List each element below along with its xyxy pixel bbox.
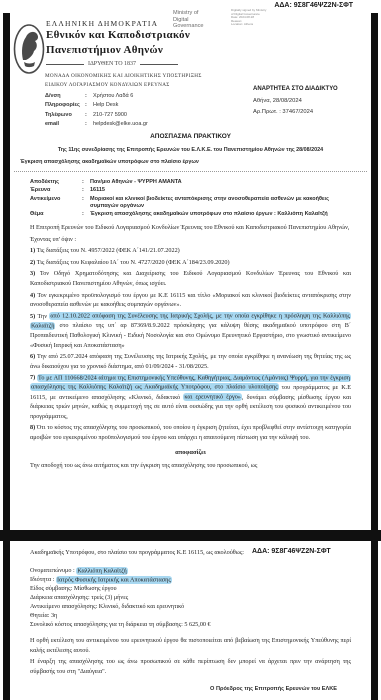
document-title: ΑΠΟΣΠΑΣΜΑ ΠΡΑΚΤΙΚΟΥ	[0, 133, 381, 140]
decision-line: Την αποδοχή του ως άνω αιτήματος και την…	[30, 461, 351, 471]
header-meta-block: ΑΝΑΡΤΗΤΕΑ ΣΤΟ ΔΙΑΔΙΚΤΥΟ Αθήνα, 28/08/202…	[253, 84, 338, 119]
field-recipient-value: Παν/μιο Αθηνών - ΨΥΡΡΗ ΑΜΑΝΤΑ	[90, 179, 351, 186]
university-emblem-icon	[12, 22, 46, 76]
detail-role: Ιδιότητα : Ιατρός Φυσικής Ιατρικής και Α…	[30, 575, 351, 584]
consideration-item-3: 3) Τον Οδηγό Χρηματοδότησης και Διαχείρι…	[30, 269, 351, 288]
field-object: Αντικείμενο : Μοριακοί και κλινικοί βιοδ…	[30, 196, 351, 210]
posting-notice: ΑΝΑΡΤΗΤΕΑ ΣΤΟ ΔΙΑΔΙΚΤΥΟ	[253, 84, 338, 96]
stamp-line: Digital	[173, 17, 203, 24]
closing-paragraph-2: Η έναρξη της απασχόλησης του ως άνω προσ…	[30, 657, 351, 676]
consideration-item-2: 2) Τις διατάξεις του Κεφαλαίου ΙΑ΄ του Ν…	[30, 258, 351, 268]
page2-first-line: Ακαδημαϊκής Υποτρόφου, στο πλαίσιο του π…	[30, 548, 351, 557]
founded-line: ΙΔΡΥΘΕΝ ΤΟ 1837	[46, 61, 178, 67]
contact-row-phone: Τηλέφωνο : 210-727 5900	[45, 111, 148, 120]
decision-word: αποφασίζει	[30, 449, 351, 456]
consideration-item-8: 8) Ότι το κόστος της απασχόλησης του προ…	[30, 423, 351, 442]
employment-details: Ονοματεπώνυμο : Καλλιόπη Καλαϊτζή Ιδιότη…	[30, 566, 351, 629]
ada-code-top: ΑΔΑ: 9Σ8Γ46ΨΖ2Ν-ΣΦΤ	[274, 2, 353, 9]
founded-label: ΙΔΡΥΘΕΝ ΤΟ 1837	[88, 61, 136, 67]
contact-block: Δ/νση : Χρήστου Λαδά 6 Πληροφορίες : Hel…	[45, 92, 148, 130]
scan-edge-left	[3, 13, 10, 700]
consideration-item-5: 5) Την από 12.10.2022 απόφαση της Συνέλε…	[30, 312, 351, 350]
field-topic-value: Έγκριση απασχόλησης ακαδημαϊκών υποτρόφω…	[90, 211, 351, 218]
consideration-item-6: 6) Την από 25.07.2024 απόφαση της Συνέλε…	[30, 352, 351, 371]
consideration-item-1: 1) Τις διατάξεις του Ν. 4957/2022 (ΦΕΚ Α…	[30, 246, 351, 256]
field-topic: Θέμα : Έγκριση απασχόλησης ακαδημαϊκών υ…	[30, 211, 351, 218]
contact-address-value: Χρήστου Λαδά 6	[93, 92, 133, 101]
contact-phone-value: 210-727 5900	[93, 111, 127, 120]
contact-row-info: Πληροφορίες : Help Desk	[45, 101, 148, 110]
page2-body: Ακαδημαϊκής Υποτρόφου, στο πλαίσιο του π…	[30, 548, 351, 692]
founded-rule-left	[46, 64, 84, 65]
recipient-fields: Αποδέκτης : Παν/μιο Αθηνών - ΨΥΡΡΗ ΑΜΑΝΤ…	[30, 179, 351, 218]
consideration-item-4: 4) Τον εγκεκριμένο προϋπολογισμό του έργ…	[30, 291, 351, 310]
document-subtitle: Της 11ης συνεδρίασης της Επιτροπής Ερευν…	[0, 147, 381, 153]
digital-governance-stamp: Ministry of Digital Governance	[173, 10, 203, 30]
contact-row-email: email : helpdesk@elke.uoa.gr	[45, 120, 148, 129]
contact-email-value: helpdesk@elke.uoa.gr	[93, 120, 148, 129]
consideration-item-7: 7) Το με ΑΠ 110668/2024 αίτημα της Επιστ…	[30, 373, 351, 421]
subject-heading: Έγκριση απασχόλησης ακαδημαϊκών υποτρόφω…	[20, 159, 199, 165]
digital-signature-microtext: Digitally signed by Ministry of Digital …	[231, 9, 275, 27]
unit-line2: ΕΙΔΙΚΟΥ ΛΟΓΑΡΙΑΣΜΟΥ ΚΟΝΔΥΛΙΩΝ ΕΡΕΥΝΑΣ	[45, 82, 170, 88]
contact-info-value: Help Desk	[93, 101, 118, 110]
detail-duration: Διάρκεια απασχόλησης: τρείς (3) μήνες	[30, 593, 351, 602]
detail-term: Θητεία: 3η	[30, 611, 351, 620]
page1-body: Αποδέκτης : Παν/μιο Αθηνών - ΨΥΡΡΗ ΑΜΑΝΤ…	[30, 179, 351, 470]
contact-row-address: Δ/νση : Χρήστου Λαδά 6	[45, 92, 148, 101]
founded-rule-right	[140, 64, 178, 65]
field-recipient: Αποδέκτης : Παν/μιο Αθηνών - ΨΥΡΡΗ ΑΜΑΝΤ…	[30, 179, 351, 186]
city-date: Αθήνα, 28/08/2024	[253, 96, 338, 108]
scan-edge-right	[371, 13, 378, 700]
field-research: Έρευνα : 16115	[30, 187, 351, 194]
ada-code-page2: ΑΔΑ: 9Σ8Γ46ΨΖ2Ν-ΣΦΤ	[252, 547, 331, 556]
detail-name: Ονοματεπώνυμο : Καλλιόπη Καλαϊτζή	[30, 566, 351, 575]
unit-line1: ΜΟΝΑΔΑ ΟΙΚΟΝΟΜΙΚΗΣ ΚΑΙ ΔΙΟΙΚΗΤΙΚΗΣ ΥΠΟΣΤ…	[45, 73, 202, 79]
signature-title: Ο Πρόεδρος της Επιτροπής Ερευνών του ΕΛΚ…	[30, 686, 351, 692]
university-name-line1: Εθνικόν και Καποδιστριακόν	[46, 29, 190, 41]
republic-title: ΕΛΛΗΝΙΚΗ ΔΗΜΟΚΡΑΤΙΑ	[46, 19, 158, 28]
page-break-band	[0, 530, 381, 541]
protocol-number: Αρ.Πρωτ. : 37467/2024	[253, 107, 338, 119]
stamp-line: Ministry of	[173, 10, 203, 17]
dotted-separator	[14, 171, 367, 172]
detail-total-cost: Συνολικό κόστος απασχόλησης για τη διάρκ…	[30, 620, 351, 629]
having-regard-line: Έχοντας υπ' όψιν :	[30, 235, 351, 245]
field-object-value: Μοριακοί και κλινικοί βιοδείκτες ανταπόκ…	[90, 196, 351, 210]
university-name-line2: Πανεπιστήμιον Αθηνών	[46, 44, 163, 56]
detail-contract-type: Είδος σύμβασης: Μίσθωσης έργου	[30, 584, 351, 593]
field-research-value: 16115	[90, 187, 351, 194]
document-page: ΑΔΑ: 9Σ8Γ46ΨΖ2Ν-ΣΦΤ Ministry of Digital …	[0, 0, 381, 700]
intro-paragraph: Η Επιτροπή Ερευνών του Ειδικού Λογαριασμ…	[30, 223, 351, 233]
detail-work-object: Αντικείμενο απασχόλησης: Κλινικό, διδακτ…	[30, 602, 351, 611]
closing-paragraph-1: Η ορθή εκτέλεση του αντικειμένου του ερε…	[30, 636, 351, 655]
